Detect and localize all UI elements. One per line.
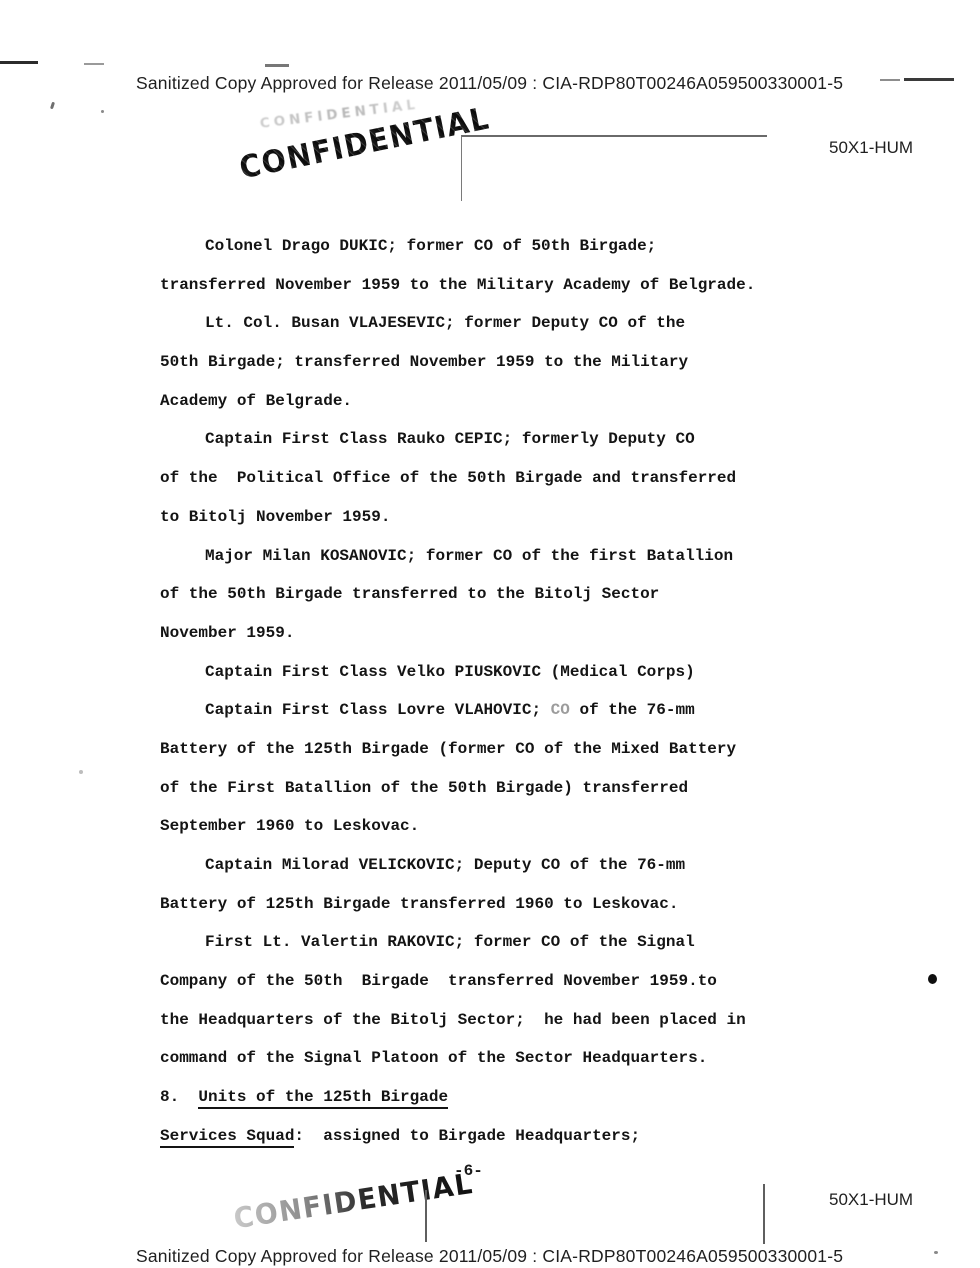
text-segment: command of the Signal Platoon of the Sec… [160,1049,707,1067]
text-segment: Captain Milorad VELICKOVIC; Deputy CO of… [205,856,685,874]
text-segment: transferred November 1959 to the Militar… [160,276,755,294]
text-segment: Units of the 125th Birgade [198,1088,448,1109]
typewritten-line: September 1960 to Leskovac. [160,807,880,846]
typewritten-line: 8. Units of the 125th Birgade [160,1078,880,1117]
text-segment: Battery of 125th Birgade transferred 196… [160,895,678,913]
text-segment: Lt. Col. Busan VLAJESEVIC; former Deputy… [205,314,685,332]
text-segment: Services Squad [160,1127,294,1148]
typewritten-line: of the Political Office of the 50th Birg… [160,459,880,498]
redaction-box [461,135,767,201]
typewritten-line: Captain First Class Velko PIUSKOVIC (Med… [160,653,880,692]
text-segment: Company of the 50th Birgade transferred … [160,972,717,990]
typewritten-line: Major Milan KOSANOVIC; former CO of the … [160,537,880,576]
stray-mark [265,64,289,67]
typewritten-line: to Bitolj November 1959. [160,498,880,537]
typewritten-line: Battery of the 125th Birgade (former CO … [160,730,880,769]
text-segment: Major Milan KOSANOVIC; former CO of the … [205,547,733,565]
stray-mark [880,79,900,81]
classification-code-top: 50X1-HUM [829,138,913,158]
stray-mark [50,102,55,110]
typewritten-line: Captain Milorad VELICKOVIC; Deputy CO of… [160,846,880,885]
typewritten-body: Colonel Drago DUKIC; former CO of 50th B… [160,227,880,1156]
typewritten-line: Captain First Class Lovre VLAHOVIC; CO o… [160,691,880,730]
stray-mark [904,78,954,81]
text-segment: the Headquarters of the Bitolj Sector; h… [160,1011,746,1029]
typewritten-line: First Lt. Valertin RAKOVIC; former CO of… [160,923,880,962]
text-segment: Academy of Belgrade. [160,392,352,410]
text-segment: CO [551,701,570,719]
typewritten-line: 50th Birgade; transferred November 1959 … [160,343,880,382]
vertical-rule [763,1184,765,1244]
typewritten-line: of the 50th Birgade transferred to the B… [160,575,880,614]
typewritten-line: the Headquarters of the Bitolj Sector; h… [160,1001,880,1040]
typewritten-line: Company of the 50th Birgade transferred … [160,962,880,1001]
scanned-document-page: Sanitized Copy Approved for Release 2011… [0,0,980,1268]
margin-bullet-mark [928,974,937,984]
typewritten-line: of the First Batallion of the 50th Birga… [160,769,880,808]
typewritten-line: Colonel Drago DUKIC; former CO of 50th B… [160,227,880,266]
typewritten-line: November 1959. [160,614,880,653]
text-segment: Captain First Class Rauko CEPIC; formerl… [205,430,695,448]
stray-mark [79,770,83,774]
text-segment: to Bitolj November 1959. [160,508,390,526]
stray-mark [84,63,104,65]
text-segment: November 1959. [160,624,294,642]
text-segment: : assigned to Birgade Headquarters; [294,1127,640,1145]
text-segment: Captain First Class Lovre VLAHOVIC; [205,701,551,719]
classification-code-bottom: 50X1-HUM [829,1190,913,1210]
text-segment: of the Political Office of the 50th Birg… [160,469,736,487]
text-segment: of the First Batallion of the 50th Birga… [160,779,688,797]
text-segment: Captain First Class Velko PIUSKOVIC (Med… [205,663,695,681]
confidential-stamp-bottom: CONFIDENTIAL [232,1168,476,1236]
declassification-header: Sanitized Copy Approved for Release 2011… [136,73,843,94]
stray-mark [934,1251,938,1254]
typewritten-line: command of the Signal Platoon of the Sec… [160,1039,880,1078]
typewritten-line: Captain First Class Rauko CEPIC; formerl… [160,420,880,459]
vertical-rule [425,1190,427,1242]
text-segment: Colonel Drago DUKIC; former CO of 50th B… [205,237,656,255]
typewritten-line: Lt. Col. Busan VLAJESEVIC; former Deputy… [160,304,880,343]
text-segment: Battery of the 125th Birgade (former CO … [160,740,736,758]
text-segment: of the 50th Birgade transferred to the B… [160,585,659,603]
stray-mark [101,110,104,113]
text-segment: of the 76-mm [570,701,695,719]
text-segment: 50th Birgade; transferred November 1959 … [160,353,688,371]
typewritten-line: Battery of 125th Birgade transferred 196… [160,885,880,924]
text-segment: 8. [160,1088,198,1106]
declassification-footer: Sanitized Copy Approved for Release 2011… [136,1246,843,1267]
typewritten-line: Services Squad: assigned to Birgade Head… [160,1117,880,1156]
typewritten-line: transferred November 1959 to the Militar… [160,266,880,305]
text-segment: First Lt. Valertin RAKOVIC; former CO of… [205,933,695,951]
text-segment: September 1960 to Leskovac. [160,817,419,835]
stray-mark [0,61,38,64]
typewritten-line: Academy of Belgrade. [160,382,880,421]
